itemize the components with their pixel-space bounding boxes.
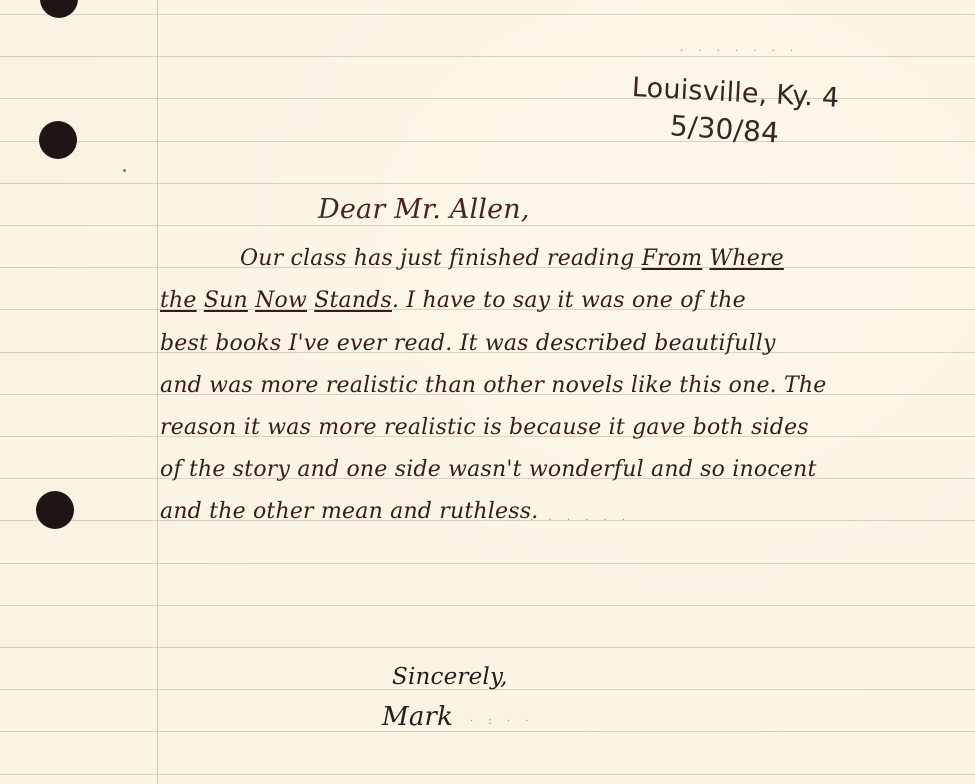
letter-line: the Sun Now Stands. I have to say it was… [160, 290, 746, 312]
obscured-address-line: · · · · · · · [680, 46, 799, 57]
ruled-line [0, 774, 975, 775]
letter-text: and the other mean and ruthless. [160, 499, 538, 524]
letter-line: of the story and one side wasn't wonderf… [160, 459, 817, 481]
letter-line: and the other mean and ruthless. [160, 501, 538, 523]
ruled-line [0, 563, 975, 564]
book-title-word: From [642, 246, 703, 271]
ruled-line [0, 225, 975, 226]
letter-text: . I have to say it was one of the [392, 288, 746, 313]
letter-text [197, 288, 204, 313]
book-title-word: Sun [204, 288, 248, 313]
ruled-line [0, 141, 975, 142]
paper-speck [123, 169, 126, 172]
letter-text: reason it was more realistic is because … [160, 415, 809, 440]
letter-line: reason it was more realistic is because … [160, 417, 809, 439]
letter-line: best books I've ever read. It was descri… [160, 333, 776, 355]
location-line: Louisville, Ky. 4 [631, 74, 840, 112]
redacted-marks: · · · · · · [530, 515, 631, 526]
letter-text [702, 246, 709, 271]
notebook-paper: · · · · · · · Louisville, Ky. 4 5/30/84 … [0, 0, 975, 784]
book-title-word: the [160, 288, 197, 313]
letter-line: Our class has just finished reading From… [240, 248, 784, 270]
ruled-line [0, 731, 975, 732]
margin-line [157, 0, 158, 784]
binder-hole-lower [36, 491, 74, 529]
letter-text [248, 288, 255, 313]
letter-text: Our class has just finished reading [240, 246, 642, 271]
ruled-line [0, 647, 975, 648]
binder-hole-top [40, 0, 78, 18]
date-line: 5/30/84 [669, 112, 780, 148]
ruled-line [0, 56, 975, 57]
letter-text: of the story and one side wasn't wonderf… [160, 457, 817, 482]
signature-redacted-marks: · : · · [470, 716, 534, 727]
ruled-line [0, 14, 975, 15]
binder-hole-upper [39, 121, 77, 159]
letter-text: best books I've ever read. It was descri… [160, 331, 776, 356]
signature: Mark [382, 704, 453, 730]
ruled-line [0, 183, 975, 184]
letter-text: and was more realistic than other novels… [160, 373, 827, 398]
ruled-line [0, 605, 975, 606]
closing: Sincerely, [392, 666, 508, 689]
letter-line: and was more realistic than other novels… [160, 375, 827, 397]
salutation: Dear Mr. Allen, [318, 196, 530, 223]
book-title-word: Where [710, 246, 784, 271]
book-title-word: Now [255, 288, 307, 313]
book-title-word: Stands [314, 288, 392, 313]
